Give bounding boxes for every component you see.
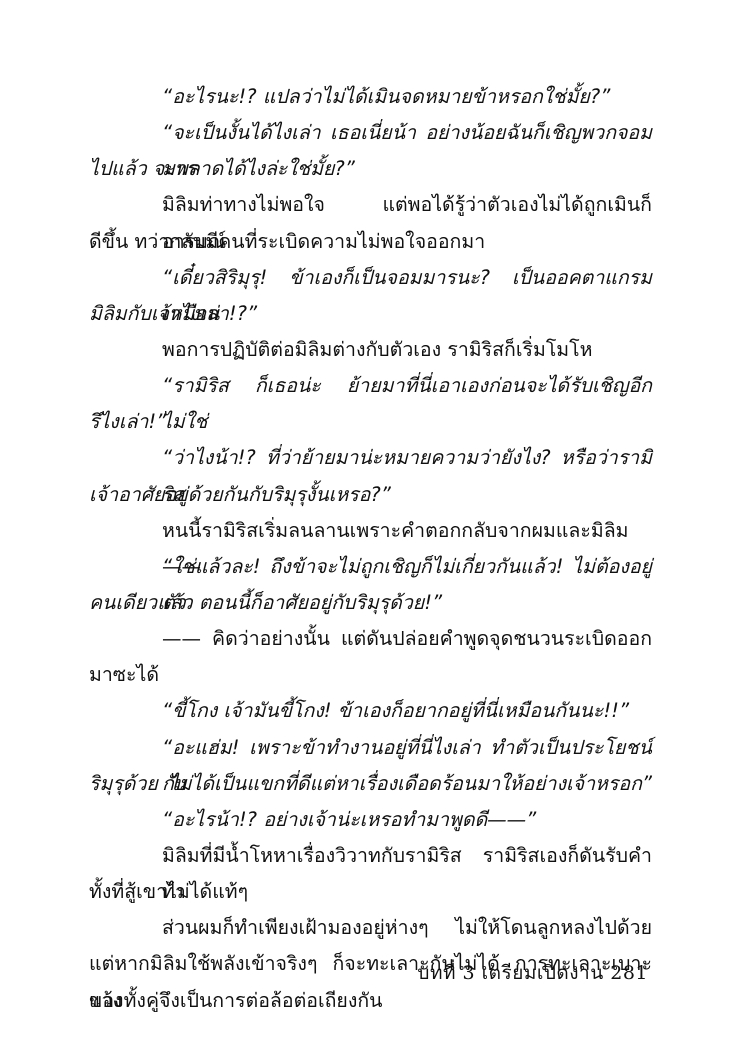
- line-text: ดีขึ้น ทว่ากลับมีคนที่ระเบิดความไม่พอใจอ…: [89, 224, 652, 260]
- line-text: ส่วนผมก็ทำเพียงเฝ้ามองอยู่ห่างๆ ไม่ให้โด…: [162, 910, 652, 946]
- running-footer: บทที่ 3 เตรียมเปิดงาน 281: [417, 958, 648, 988]
- line-text: —— คิดว่าอย่างนั้น แต่ดันปล่อยคำพูดจุดชน…: [162, 621, 652, 657]
- dialogue-line: “เดี๋ยวสิริมุรุ! ข้าเองก็เป็นจอมมารนะ? เ…: [89, 260, 652, 296]
- line-text: เจ้าอาศัยอยู่ด้วยกันกับริมุรุงั้นเหรอ?”: [89, 477, 652, 513]
- dialogue-line: “อะไรนะ!? แปลว่าไม่ได้เมินจดหมายข้าหรอกใ…: [89, 79, 652, 115]
- dialogue-line: มิลิมกับเจ้าไงเล่า!?”: [89, 296, 652, 332]
- dialogue-line: “จะเป็นงั้นได้ไงเล่า เธอเนี่ยน้า อย่างน้…: [89, 115, 652, 151]
- dialogue-line: ริมุรุด้วย ไม่ได้เป็นแขกที่ดีแต่หาเรื่อง…: [89, 766, 652, 802]
- narration-line: พอการปฏิบัติต่อมิลิมต่างกับตัวเอง รามิริ…: [89, 332, 652, 368]
- narration-line: ดีขึ้น ทว่ากลับมีคนที่ระเบิดความไม่พอใจอ…: [89, 224, 652, 260]
- dialogue-line: “ว่าไงน้า!? ที่ว่าย้ายมาน่ะหมายความว่ายั…: [89, 440, 652, 476]
- line-text: ไปแล้ว จะพลาดได้ไงล่ะใช่มั้ย?”: [89, 151, 652, 187]
- narration-line: —— คิดว่าอย่างนั้น แต่ดันปล่อยคำพูดจุดชน…: [89, 621, 652, 657]
- chapter-title-and-page-number: บทที่ 3 เตรียมเปิดงาน 281: [417, 962, 648, 984]
- line-text: มาซะได้: [89, 657, 652, 693]
- dialogue-line: “อะไรน้า!? อย่างเจ้าน่ะเหรอทำมาพูดดี——”: [89, 802, 652, 838]
- dialogue-line: รึไงเล่า!”: [89, 404, 652, 440]
- dialogue-line: ไปแล้ว จะพลาดได้ไงล่ะใช่มั้ย?”: [89, 151, 652, 187]
- narration-line: มิลิมท่าทางไม่พอใจ แต่พอได้รู้ว่าตัวเองไ…: [89, 187, 652, 223]
- line-text: คนเดียวแล้ว ตอนนี้ก็อาศัยอยู่กับริมุรุด้…: [89, 585, 652, 621]
- line-text: รึไงเล่า!”: [89, 404, 652, 440]
- dialogue-line: “อะแฮ่ม! เพราะข้าทำงานอยู่ที่นี่ไงเล่า ท…: [89, 730, 652, 766]
- line-text: “อะไรน้า!? อย่างเจ้าน่ะเหรอทำมาพูดดี——”: [162, 802, 652, 838]
- line-text: “ขี้โกง เจ้ามันขี้โกง! ข้าเองก็อยากอยู่ท…: [162, 693, 652, 729]
- narration-line: มาซะได้: [89, 657, 652, 693]
- dialogue-line: “ใช่แล้วละ! ถึงข้าจะไม่ถูกเชิญก็ไม่เกี่ย…: [89, 549, 652, 585]
- narration-line: มิลิมที่มีน้ำโหหาเรื่องวิวาทกับรามิริส ร…: [89, 838, 652, 874]
- dialogue-line: “ขี้โกง เจ้ามันขี้โกง! ข้าเองก็อยากอยู่ท…: [89, 693, 652, 729]
- line-text: “อะไรนะ!? แปลว่าไม่ได้เมินจดหมายข้าหรอกใ…: [162, 79, 652, 115]
- narration-line: หนนี้รามิริสเริ่มลนลานเพราะคำตอกกลับจากผ…: [89, 513, 652, 549]
- line-text: ริมุรุด้วย ไม่ได้เป็นแขกที่ดีแต่หาเรื่อง…: [89, 766, 652, 802]
- line-text: มิลิมกับเจ้าไงเล่า!?”: [89, 296, 652, 332]
- dialogue-line: “รามิริส ก็เธอน่ะ ย้ายมาที่นี่เอาเองก่อน…: [89, 368, 652, 404]
- narration-line: ทั้งที่สู้เขาไม่ได้แท้ๆ: [89, 874, 652, 910]
- book-page-body: “อะไรนะ!? แปลว่าไม่ได้เมินจดหมายข้าหรอกใ…: [89, 79, 652, 1019]
- line-text: พอการปฏิบัติต่อมิลิมต่างกับตัวเอง รามิริ…: [162, 332, 652, 368]
- narration-line: ส่วนผมก็ทำเพียงเฝ้ามองอยู่ห่างๆ ไม่ให้โด…: [89, 910, 652, 946]
- line-text: ทั้งที่สู้เขาไม่ได้แท้ๆ: [89, 874, 652, 910]
- dialogue-line: คนเดียวแล้ว ตอนนี้ก็อาศัยอยู่กับริมุรุด้…: [89, 585, 652, 621]
- dialogue-line: เจ้าอาศัยอยู่ด้วยกันกับริมุรุงั้นเหรอ?”: [89, 477, 652, 513]
